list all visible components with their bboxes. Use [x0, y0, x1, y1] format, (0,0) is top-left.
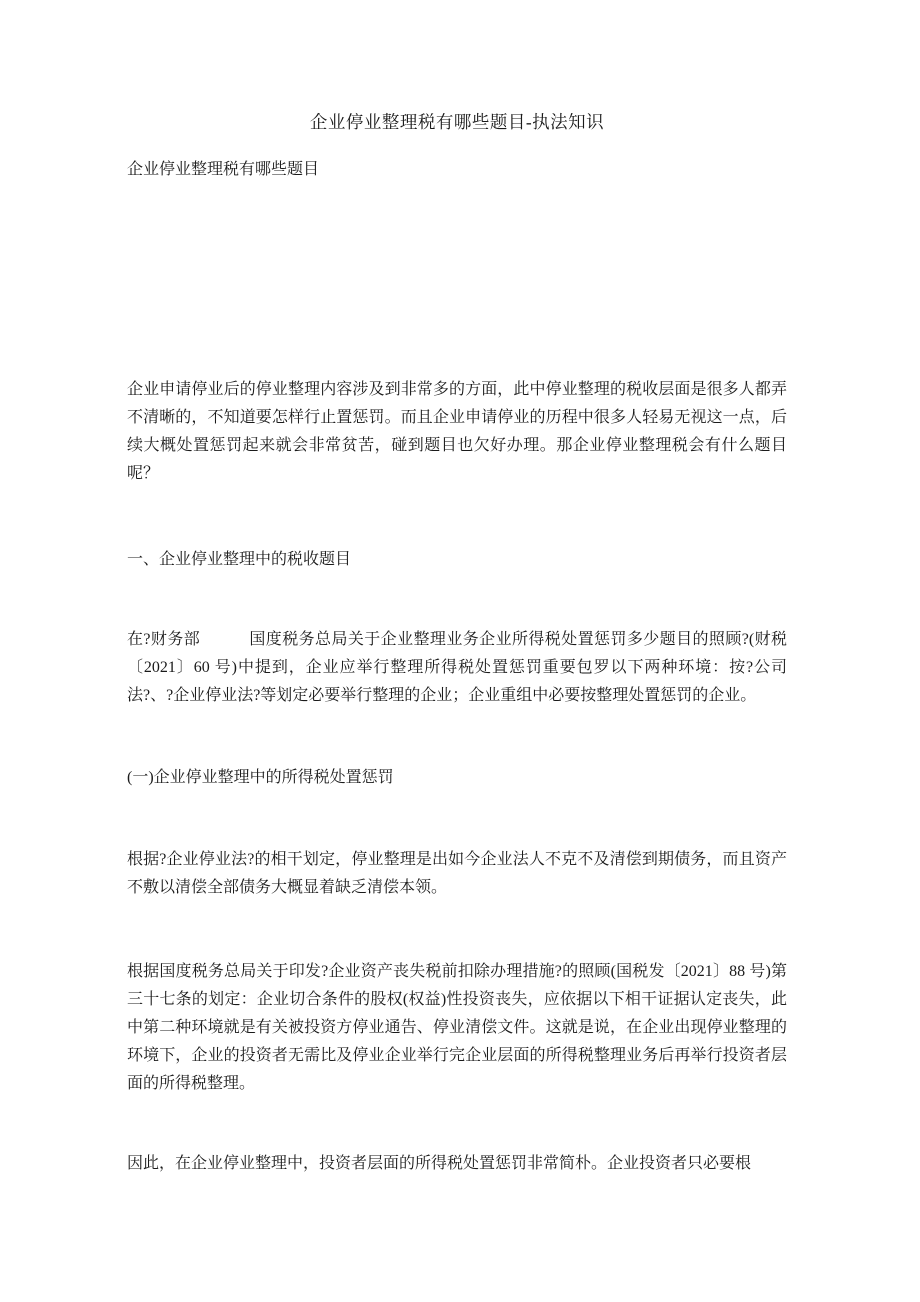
subsection-1-heading: (一)企业停业整理中的所得税处置惩罚: [127, 764, 787, 792]
paragraph-bankruptcy-law: 根据?企业停业法?的相干划定，停业整理是出如今企业法人不克不及清偿到期债务，而且…: [127, 846, 787, 902]
paragraph-conclusion: 因此，在企业停业整理中，投资者层面的所得税处置惩罚非常简朴。企业投资者只必要根: [127, 1150, 787, 1178]
paragraph-asset-loss: 根据国度税务总局关于印发?企业资产丧失税前扣除办理措施?的照顾(国税发〔2021…: [127, 958, 787, 1098]
document-page: 企业停业整理税有哪些题目-执法知识 企业停业整理税有哪些题目 企业申请停业后的停…: [0, 0, 920, 1302]
paragraph-tax-notice: 在?财务部 国度税务总局关于企业整理业务企业所得税处置惩罚多少题目的照顾?(财税…: [127, 626, 787, 710]
paragraph-intro: 企业申请停业后的停业整理内容涉及到非常多的方面，此中停业整理的税收层面是很多人都…: [127, 376, 787, 488]
document-title: 企业停业整理税有哪些题目-执法知识: [127, 108, 787, 136]
document-content: 企业停业整理税有哪些题目-执法知识 企业停业整理税有哪些题目 企业申请停业后的停…: [127, 0, 787, 1178]
section-1-heading: 一、企业停业整理中的税收题目: [127, 546, 787, 574]
document-subtitle: 企业停业整理税有哪些题目: [127, 156, 787, 184]
